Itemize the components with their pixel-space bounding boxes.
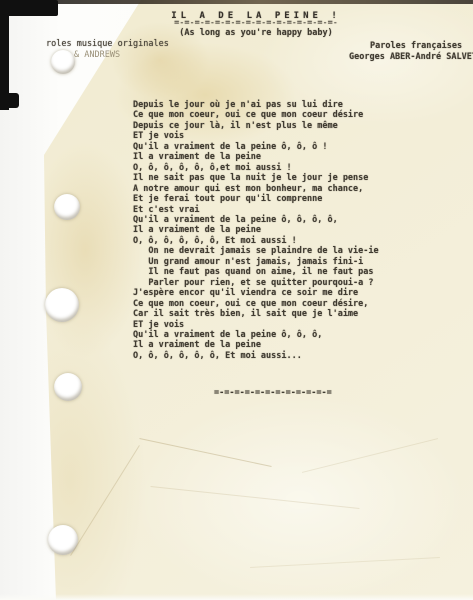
punch-hole [51, 50, 75, 74]
end-divider: =-=-=-=-=-=-=-=-=-=-=-= [214, 388, 332, 398]
punch-hole [54, 194, 80, 220]
title-underline: =-=-=-=-=-=-=-=-=-=-=-=-=-=-=-=- [160, 18, 352, 28]
song-subtitle-english: (As long as you're happy baby) [160, 28, 352, 38]
scanned-document-page: IL A DE LA PEINE ! =-=-=-=-=-=-=-=-=-=-=… [0, 0, 473, 600]
credit-french-authors: Georges ABER-André SALVET [349, 52, 473, 62]
credit-original-music-label: roles musique originales [46, 39, 169, 49]
punch-hole [48, 525, 78, 555]
scan-edge-shadow [0, 0, 473, 4]
title-block: IL A DE LA PEINE ! =-=-=-=-=-=-=-=-=-=-=… [160, 11, 352, 38]
scan-bottom-edge [0, 594, 473, 600]
credit-original-author: & ANDREWS [74, 50, 120, 60]
punch-hole [54, 373, 82, 401]
lyrics-text: Depuis le jour où je n'ai pas su lui dir… [133, 100, 379, 361]
punch-hole [45, 288, 79, 322]
binder-clip-artifact-foot [0, 93, 19, 108]
credit-french-lyrics-label: Paroles françaises [370, 41, 462, 51]
